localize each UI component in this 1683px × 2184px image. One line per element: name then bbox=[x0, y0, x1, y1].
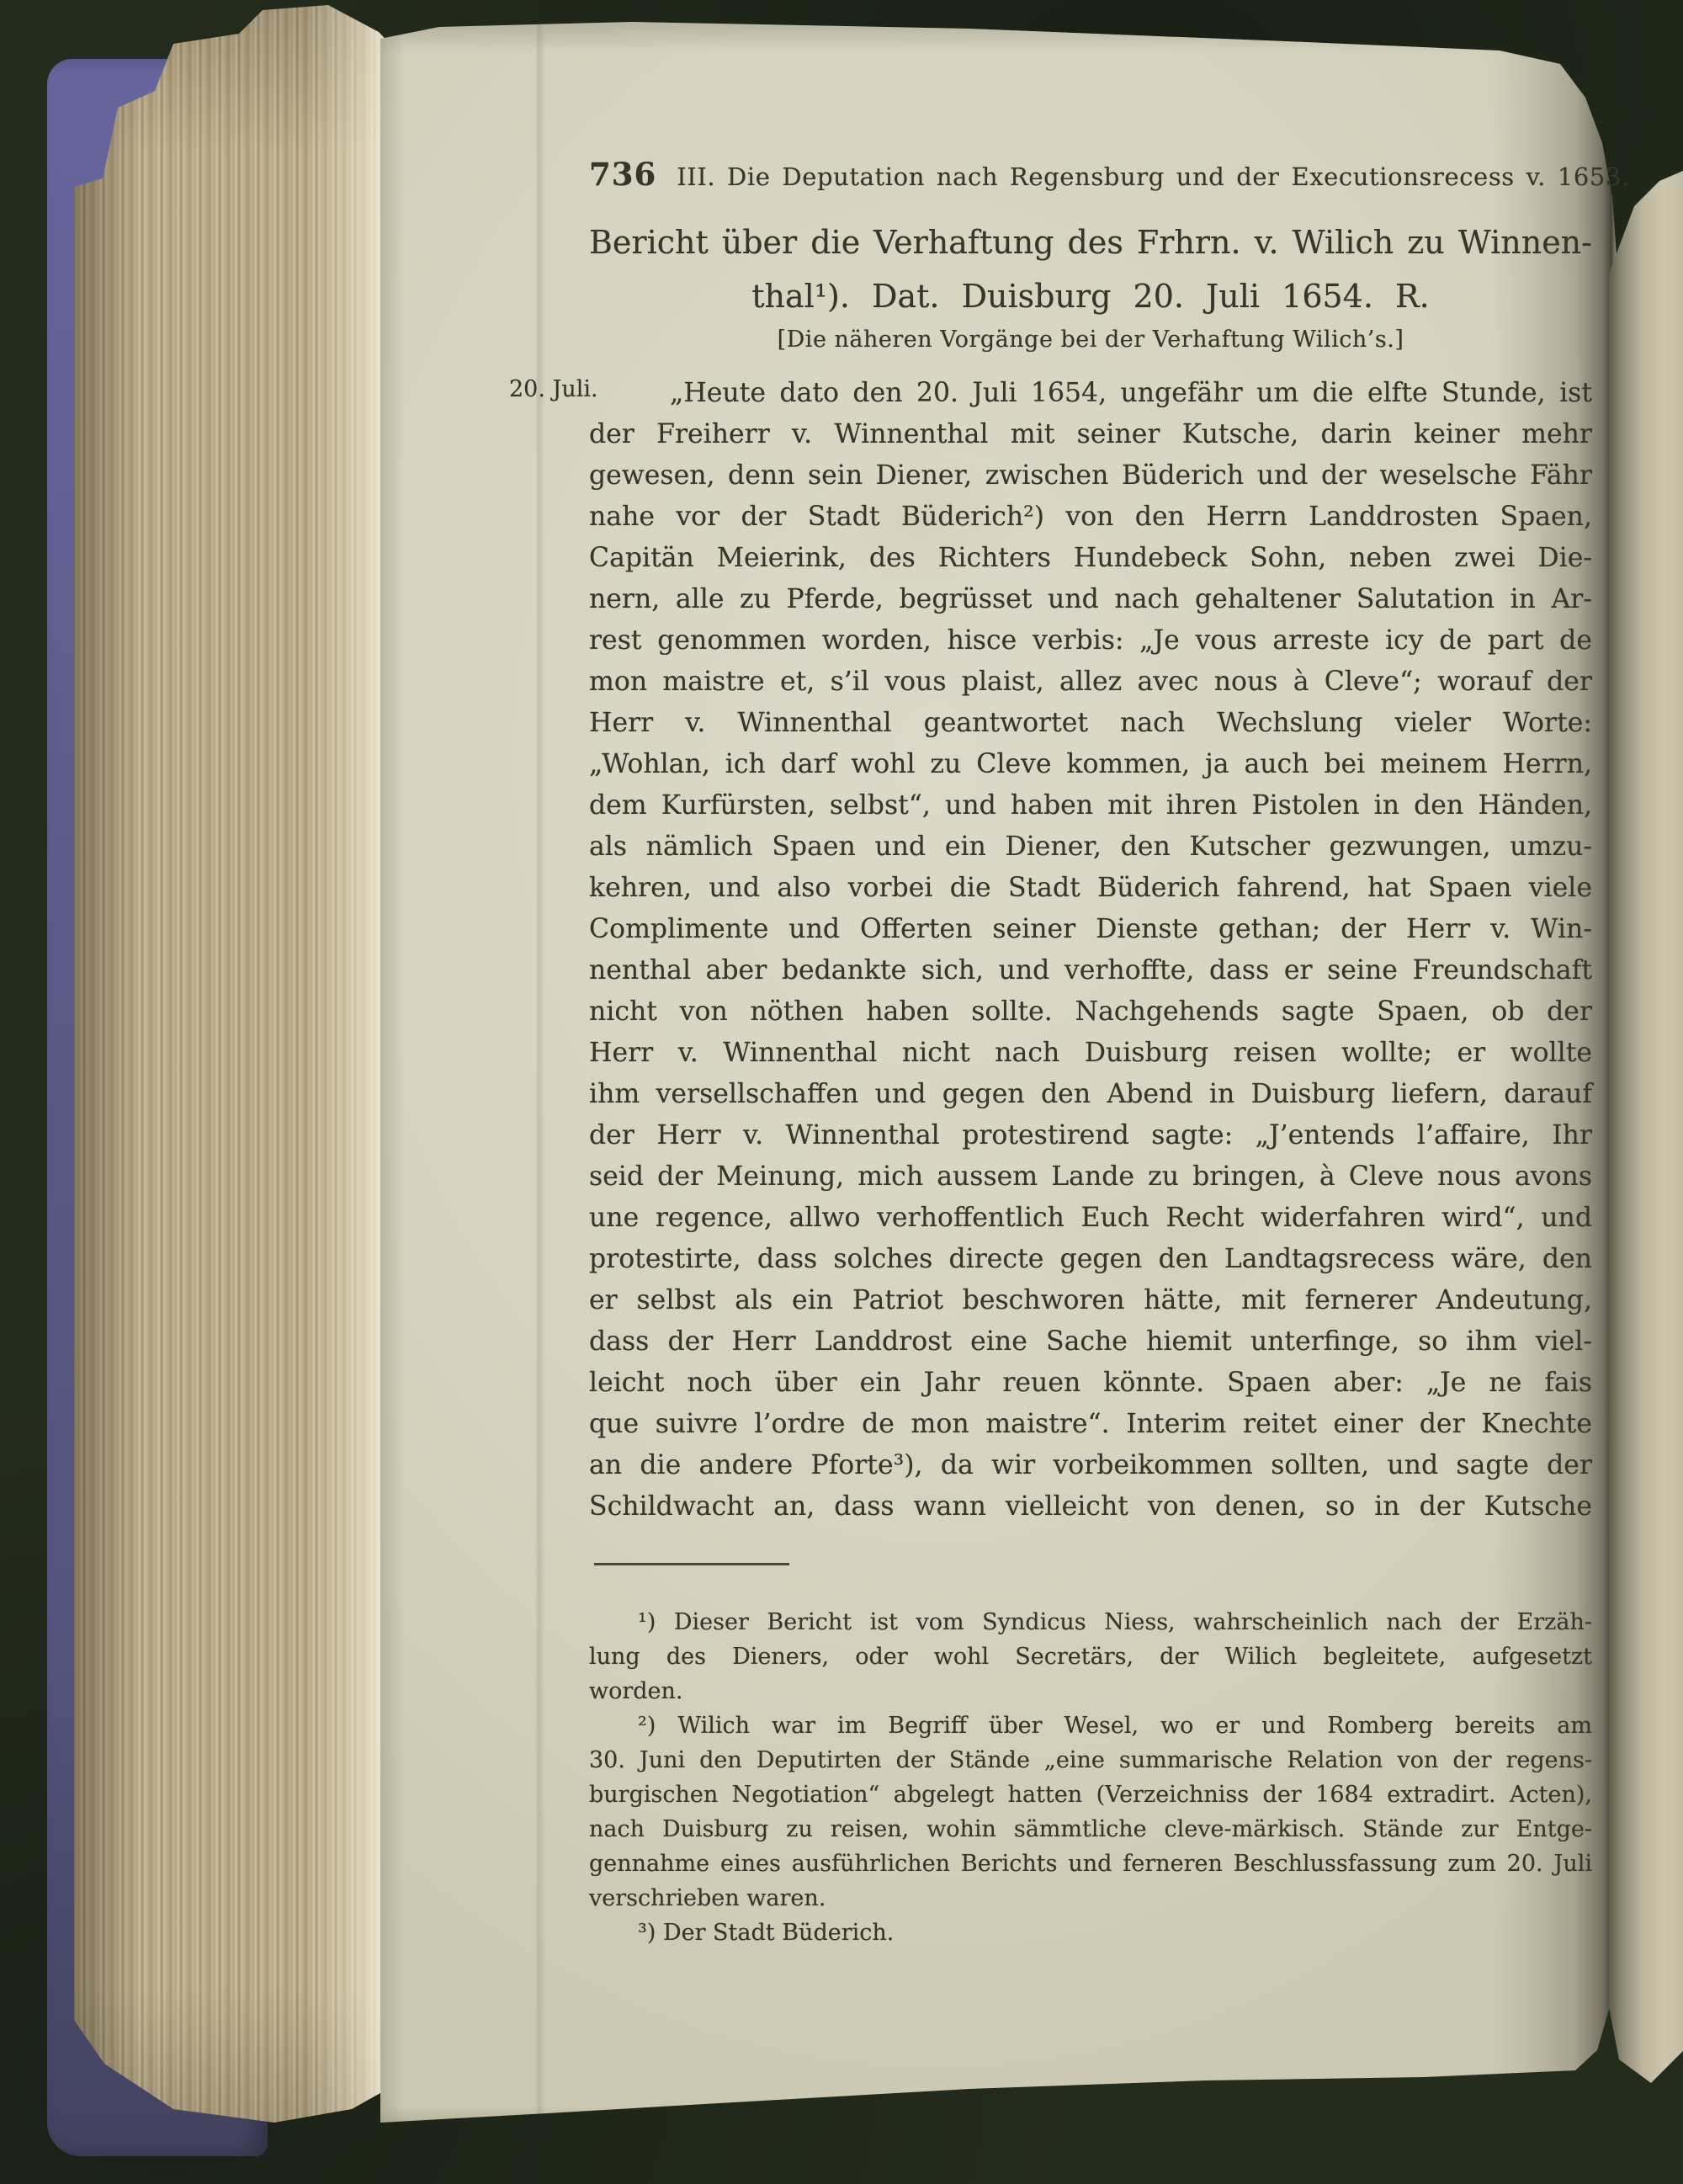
body-line: der Freiherr v. Winnenthal mit seiner Ku… bbox=[589, 414, 1592, 455]
body-line: nern, alle zu Pferde, begrüsset und nach… bbox=[589, 579, 1592, 620]
footnote-1: ¹) Dieser Bericht ist vom Syndicus Niess… bbox=[589, 1605, 1592, 1708]
footnote-separator bbox=[594, 1563, 789, 1565]
body-line: „Wohlan, ich darf wohl zu Cleve kommen, … bbox=[589, 744, 1592, 785]
body-line: mon maistre et, s’il vous plaist, allez … bbox=[589, 662, 1592, 703]
body-line: une regence, allwo verhoffentlich Euch R… bbox=[589, 1198, 1592, 1239]
title-line-1: Bericht über die Verhaftung des Frhrn. v… bbox=[589, 215, 1592, 269]
body-line: kehren, und also vorbei die Stadt Büderi… bbox=[589, 868, 1592, 909]
margin-date-note: 20. Juli. bbox=[509, 376, 598, 402]
footnote-2: ²) Wilich war im Begriff über Wesel, wo … bbox=[589, 1708, 1592, 1916]
footnote-line: worden. bbox=[589, 1674, 1592, 1708]
body-line: „Heute dato den 20. Juli 1654, ungefähr … bbox=[589, 373, 1592, 414]
body-line: seid der Meinung, mich aussem Lande zu b… bbox=[589, 1156, 1592, 1198]
body-line: Schildwacht an, dass wann vielleicht von… bbox=[589, 1486, 1592, 1528]
footnote-line: verschrieben waren. bbox=[589, 1881, 1592, 1916]
footnote-line: lung des Dieners, oder wohl Secretärs, d… bbox=[589, 1639, 1592, 1674]
next-page-edge bbox=[1609, 156, 1683, 2091]
footnote-line: ³) Der Stadt Büderich. bbox=[589, 1916, 1592, 1950]
book-scan: 736 III. Die Deputation nach Regensburg … bbox=[0, 0, 1683, 2184]
footnote-3: ³) Der Stadt Büderich. bbox=[589, 1916, 1592, 1950]
body-line: ihm versellschaffen und gegen den Abend … bbox=[589, 1074, 1592, 1115]
footnote-line: nach Duisburg zu reisen, wohin sämmtlich… bbox=[589, 1812, 1592, 1847]
body-line: nicht von nöthen haben sollte. Nachgehen… bbox=[589, 991, 1592, 1033]
footnotes: ¹) Dieser Bericht ist vom Syndicus Niess… bbox=[589, 1605, 1592, 1950]
body-line: er selbst als ein Patriot beschworen hät… bbox=[589, 1280, 1592, 1321]
body-line: rest genommen worden, hisce verbis: „Je … bbox=[589, 620, 1592, 662]
running-header-text: III. Die Deputation nach Regensburg und … bbox=[677, 162, 1630, 191]
footnote-line: 30. Juni den Deputirten der Stände „eine… bbox=[589, 1743, 1592, 1777]
footnote-line: ¹) Dieser Bericht ist vom Syndicus Niess… bbox=[589, 1605, 1592, 1639]
body-line: dass der Herr Landdrost eine Sache hiemi… bbox=[589, 1321, 1592, 1363]
body-line: an die andere Pforte³), da wir vorbeikom… bbox=[589, 1445, 1592, 1486]
page-stack-fore-edge bbox=[74, 0, 406, 2184]
footnote-line: burgischen Negotiation“ abgelegt hatten … bbox=[589, 1777, 1592, 1812]
body-line: Capitän Meierink, des Richters Hundebeck… bbox=[589, 538, 1592, 579]
document-subtitle: [Die näheren Vorgänge bei der Verhaftung… bbox=[589, 327, 1592, 353]
document-title: Bericht über die Verhaftung des Frhrn. v… bbox=[589, 215, 1592, 323]
body-line: dem Kurfürsten, selbst“, und haben mit i… bbox=[589, 785, 1592, 826]
body-line: Herr v. Winnenthal geantwortet nach Wech… bbox=[589, 703, 1592, 744]
page-number: 736 bbox=[589, 156, 656, 193]
running-header: 736 III. Die Deputation nach Regensburg … bbox=[589, 156, 1592, 193]
body-line: der Herr v. Winnenthal protestirend sagt… bbox=[589, 1115, 1592, 1156]
body-line: protestirte, dass solches directe gegen … bbox=[589, 1239, 1592, 1280]
body-line: leicht noch über ein Jahr reuen könnte. … bbox=[589, 1363, 1592, 1404]
body-line: als nämlich Spaen und ein Diener, den Ku… bbox=[589, 826, 1592, 868]
body-text: „Heute dato den 20. Juli 1654, ungefähr … bbox=[589, 373, 1592, 1528]
body-line: que suivre l’ordre de mon maistre“. Inte… bbox=[589, 1404, 1592, 1445]
title-line-2: thal¹). Dat. Duisburg 20. Juli 1654. R. bbox=[589, 269, 1592, 323]
footnote-line: ²) Wilich war im Begriff über Wesel, wo … bbox=[589, 1708, 1592, 1743]
body-line: Herr v. Winnenthal nicht nach Duisburg r… bbox=[589, 1033, 1592, 1074]
body-line: nenthal aber bedankte sich, und verhofft… bbox=[589, 950, 1592, 991]
body-line: gewesen, denn sein Diener, zwischen Büde… bbox=[589, 455, 1592, 497]
footnote-line: gennahme eines ausführlichen Berichts un… bbox=[589, 1847, 1592, 1881]
body-line: Complimente und Offerten seiner Dienste … bbox=[589, 909, 1592, 950]
body-line: nahe vor der Stadt Büderich²) von den He… bbox=[589, 497, 1592, 538]
